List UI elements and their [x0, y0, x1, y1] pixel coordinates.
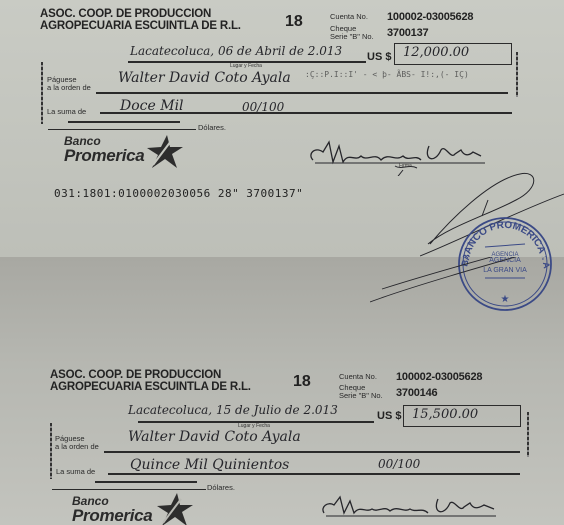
place-date: Lacatecoluca, 06 de Abril de 2.013: [130, 44, 342, 58]
pay-to-label: Páguese a la orden de: [55, 435, 99, 451]
cents: 00/100: [378, 457, 420, 471]
payee: Walter David Coto Ayala: [118, 70, 291, 86]
check-number: 3700137: [387, 27, 428, 39]
dollars-label: Dólares.: [198, 124, 226, 132]
account-label: Cuenta No.: [330, 13, 368, 21]
payee-line: [96, 92, 508, 94]
amount-words: Quince Mil Quinientos: [130, 457, 289, 473]
sum-label: La suma de: [47, 108, 86, 116]
overprint-noise: :Ç::P.I::I' - < þ- ÃBS- I!:,(- IÇ): [305, 70, 469, 79]
payee: Walter David Coto Ayala: [128, 429, 301, 445]
sum-underline: [68, 121, 180, 123]
sum-underline: [95, 481, 197, 483]
left-security-strip: [41, 62, 43, 124]
amount-box: 12,000.00: [394, 43, 512, 65]
signature: [318, 495, 518, 525]
sum-line: [108, 473, 520, 475]
amount-numeric: 12,000.00: [403, 45, 469, 60]
check-number: 3700146: [396, 387, 437, 399]
amount-box: 15,500.00: [403, 405, 521, 427]
bank-code: 18: [285, 13, 303, 31]
bank-code: 18: [293, 373, 311, 391]
dollars-line: [52, 489, 206, 490]
check-3700137: ASOC. COOP. DE PRODUCCION AGROPECUARIA E…: [0, 0, 564, 257]
place-date-label: Lugar y Fecha: [230, 63, 262, 69]
security-strip: [516, 52, 518, 97]
amount-numeric: 15,500.00: [412, 407, 478, 422]
check-label: Cheque Serie "B" No.: [330, 25, 374, 41]
currency-label: US $: [367, 51, 391, 63]
check-label: Cheque Serie "B" No.: [339, 384, 383, 400]
micr-line: 031:1801:0100002030056 28" 3700137": [54, 187, 303, 200]
left-security-strip: [50, 423, 52, 479]
check-3700146: ASOC. COOP. DE PRODUCCION AGROPECUARIA E…: [0, 365, 564, 525]
account-label: Cuenta No.: [339, 373, 377, 381]
bank-stamp: BANCO PROMERICA S.A. AGENCIA: [455, 212, 555, 257]
dollars-label: Dólares.: [207, 484, 235, 492]
dollars-line: [48, 129, 196, 130]
sum-label: La suma de: [56, 468, 95, 476]
signature-label: Firma: [399, 163, 412, 169]
place-date: Lacatecoluca, 15 de Julio de 2.013: [128, 403, 338, 417]
pay-to-label: Páguese a la orden de: [47, 76, 91, 92]
currency-label: US $: [377, 410, 401, 422]
sum-line: [100, 112, 512, 114]
promerica-star-icon: [145, 135, 183, 169]
account-number: 100002-03005628: [396, 371, 482, 383]
account-number: 100002-03005628: [387, 11, 473, 23]
check-scan-bottom: AGENCIA LA GRAN VIA ★ BAN S. A ASOC. COO…: [0, 257, 564, 525]
issuer-name: ASOC. COOP. DE PRODUCCION AGROPECUARIA E…: [50, 369, 251, 393]
promerica-star-icon: [155, 493, 193, 525]
issuer-name: ASOC. COOP. DE PRODUCCION AGROPECUARIA E…: [40, 8, 241, 32]
endorsement-scribble-continued: [370, 257, 564, 307]
check-scan-top: ASOC. COOP. DE PRODUCCION AGROPECUARIA E…: [0, 0, 564, 257]
security-strip: [527, 412, 529, 457]
bank-logo-text: Banco Promerica: [72, 495, 152, 524]
payee-line: [104, 451, 520, 453]
bank-logo-text: Banco Promerica: [64, 135, 144, 164]
